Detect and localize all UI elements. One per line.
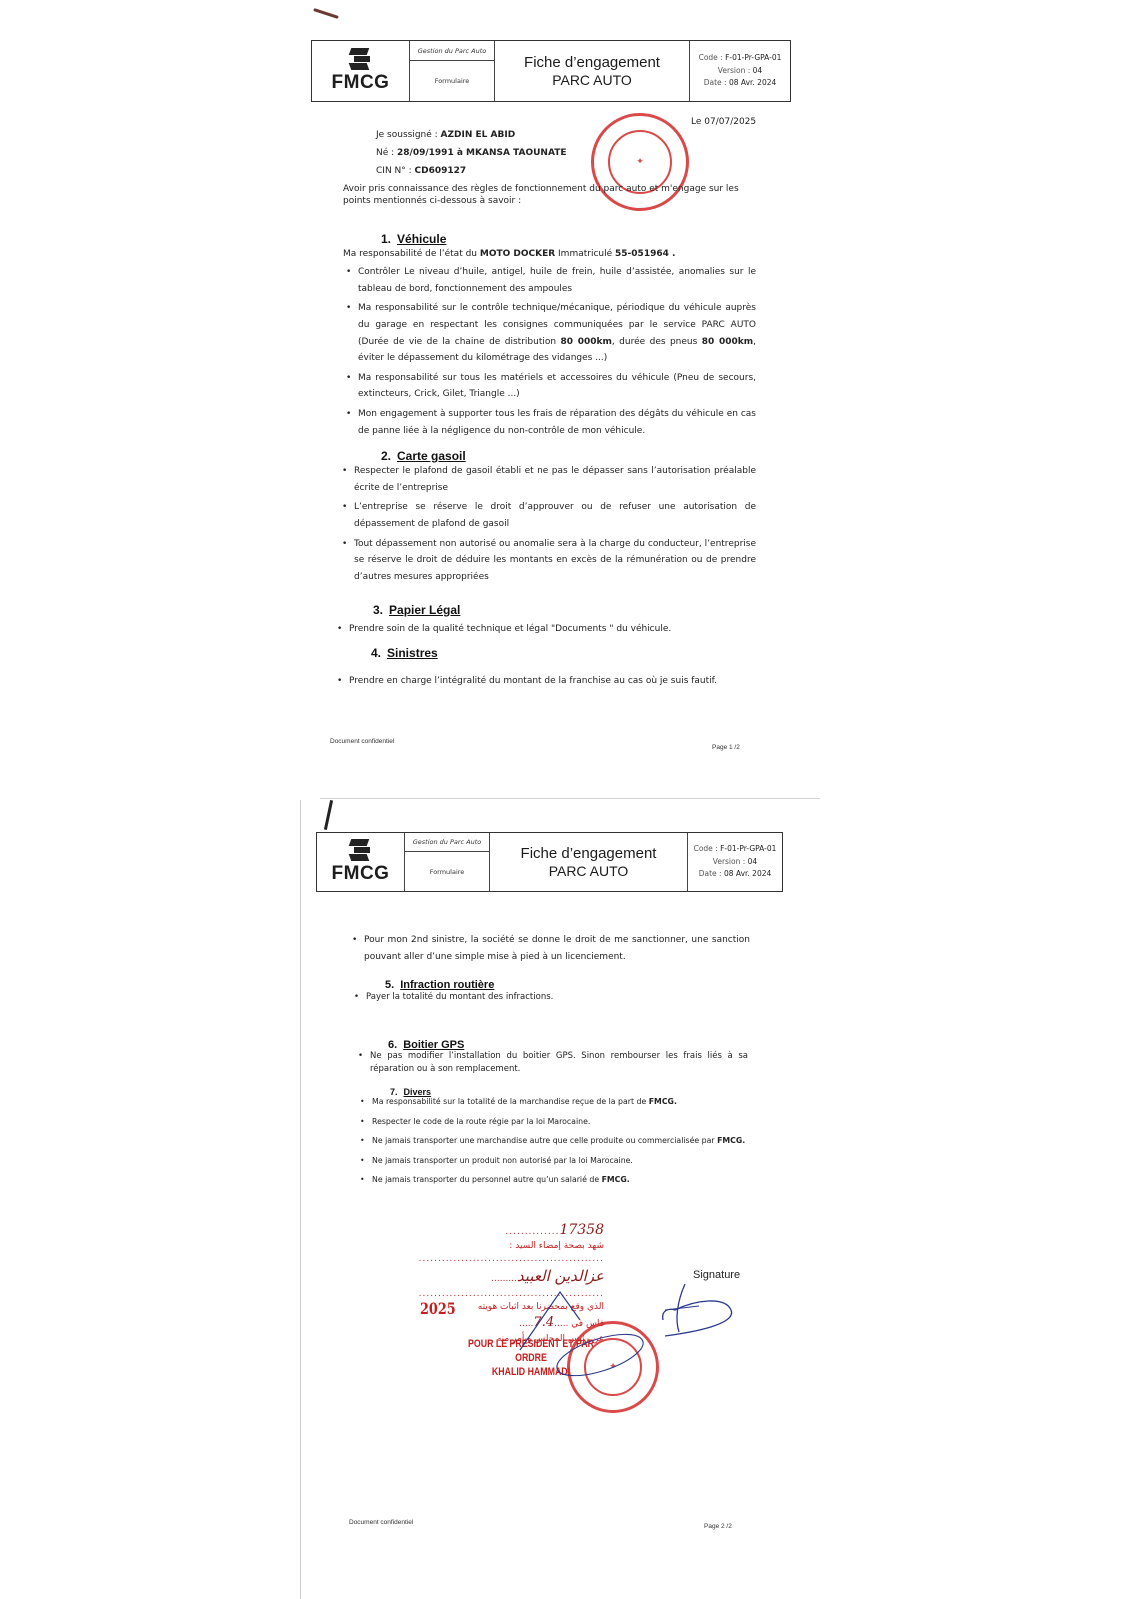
sinistre-continued: Pour mon 2nd sinistre, la société se don… xyxy=(350,932,750,968)
vehicle-plate: 55-051964 . xyxy=(615,249,675,259)
witness-signature-icon xyxy=(500,1290,650,1380)
section-7-title: 7.Divers xyxy=(390,1087,431,1097)
section-7-list: Ma responsabilité sur la totalité de la … xyxy=(358,1097,748,1189)
page-2 xyxy=(300,800,826,1599)
employee-name: AZDIN EL ABID xyxy=(441,130,516,140)
list-item: Tout dépassement non autorisé ou anomali… xyxy=(340,536,756,586)
footer-confidential-2: Document confidentiel xyxy=(349,1519,413,1526)
department-label: Gestion du Parc Auto xyxy=(405,833,489,852)
company-logo: FMCG xyxy=(317,833,405,891)
section-4-title: 4.Sinistres xyxy=(371,646,438,660)
section-1-list: Contrôler Le niveau d’huile, antigel, hu… xyxy=(344,264,756,442)
list-item: Ne jamais transporter un produit non aut… xyxy=(358,1156,748,1167)
list-item: Ne pas modifier l’installation du boitie… xyxy=(356,1050,748,1076)
form-code: Code : F-01-Pr-GPA-01 xyxy=(694,843,777,856)
logo-text: FMCG xyxy=(332,863,390,885)
section-1-title: 1.Véhicule xyxy=(381,232,446,246)
list-item: Payer la totalité du montant des infract… xyxy=(352,990,752,1006)
list-item: Ne jamais transporter du personnel autre… xyxy=(358,1175,748,1186)
department-label: Gestion du Parc Auto xyxy=(410,41,494,61)
form-version: Version : 04 xyxy=(718,65,762,78)
form-title: Fiche d’engagement PARC AUTO xyxy=(490,833,688,891)
form-version: Version : 04 xyxy=(713,856,757,869)
doc-type-label: Formulaire xyxy=(410,61,494,101)
list-item: Respecter le code de la route régie par … xyxy=(358,1117,748,1128)
fmcg-logo-icon xyxy=(348,839,374,861)
section-3-title: 3.Papier Légal xyxy=(373,603,460,617)
section-4-list: Prendre en charge l’intégralité du monta… xyxy=(335,673,755,693)
identity-block: Je soussigné : AZDIN EL ABID Né : 28/09/… xyxy=(376,126,567,180)
list-item: Prendre soin de la qualité technique et … xyxy=(335,621,755,638)
list-item: Pour mon 2nd sinistre, la société se don… xyxy=(350,932,750,965)
cin-number: CD609127 xyxy=(415,166,467,176)
form-title: Fiche d’engagement PARC AUTO xyxy=(495,41,690,101)
list-item: Ma responsabilité sur le contrôle techni… xyxy=(344,300,756,367)
section-2-title: 2.Carte gasoil xyxy=(381,449,466,463)
form-meta: Code : F-01-Pr-GPA-01 Version : 04 Date … xyxy=(688,833,782,891)
list-item: Ma responsabilité sur la totalité de la … xyxy=(358,1097,748,1108)
vehicle-responsibility: Ma responsabilité de l’état du MOTO DOCK… xyxy=(343,246,675,263)
form-date: Date : 08 Avr. 2024 xyxy=(704,77,777,90)
stray-pen-mark xyxy=(313,8,339,19)
list-item: Respecter le plafond de gasoil établi et… xyxy=(340,463,756,496)
logo-text: FMCG xyxy=(332,72,390,94)
list-item: L’entreprise se réserve le droit d’appro… xyxy=(340,499,756,532)
list-item: Mon engagement à supporter tous les frai… xyxy=(344,406,756,439)
form-meta: Code : F-01-Pr-GPA-01 Version : 04 Date … xyxy=(690,41,790,101)
page-separator xyxy=(320,798,820,799)
section-5-list: Payer la totalité du montant des infract… xyxy=(352,990,752,1009)
page-number-2: Page 2 /2 xyxy=(704,1523,732,1530)
section-6-list: Ne pas modifier l’installation du boitie… xyxy=(356,1050,748,1079)
page-number-1: Page 1 /2 xyxy=(712,744,740,751)
list-item: Ma responsabilité sur tous les matériels… xyxy=(344,370,756,403)
handwritten-name: عزالدين العبيد xyxy=(517,1267,604,1285)
doc-type-label: Formulaire xyxy=(405,852,489,891)
intro-paragraph: Avoir pris connaissance des règles de fo… xyxy=(343,183,761,207)
section-3-list: Prendre soin de la qualité technique et … xyxy=(335,621,755,641)
legalization-year: 2025 xyxy=(420,1299,456,1318)
footer-confidential-1: Document confidentiel xyxy=(330,738,394,745)
birth-info: 28/09/1991 à MKANSA TAOUNATE xyxy=(397,148,566,158)
list-item: Prendre en charge l’intégralité du monta… xyxy=(335,673,755,690)
company-logo: FMCG xyxy=(312,41,410,101)
form-header-page-1: FMCG Gestion du Parc Auto Formulaire Fic… xyxy=(311,40,791,102)
list-item: Ne jamais transporter une marchandise au… xyxy=(358,1136,748,1147)
fmcg-logo-icon xyxy=(348,48,374,70)
section-2-list: Respecter le plafond de gasoil établi et… xyxy=(340,463,756,588)
document-date: Le 07/07/2025 xyxy=(691,114,756,131)
list-item: Contrôler Le niveau d’huile, antigel, hu… xyxy=(344,264,756,297)
employee-signature-icon xyxy=(655,1280,745,1340)
form-code: Code : F-01-Pr-GPA-01 xyxy=(699,52,782,65)
vehicle-model: MOTO DOCKER xyxy=(480,249,555,259)
form-header-page-2: FMCG Gestion du Parc Auto Formulaire Fic… xyxy=(316,832,783,892)
registration-number: 17358 xyxy=(559,1222,604,1238)
form-date: Date : 08 Avr. 2024 xyxy=(699,868,772,881)
